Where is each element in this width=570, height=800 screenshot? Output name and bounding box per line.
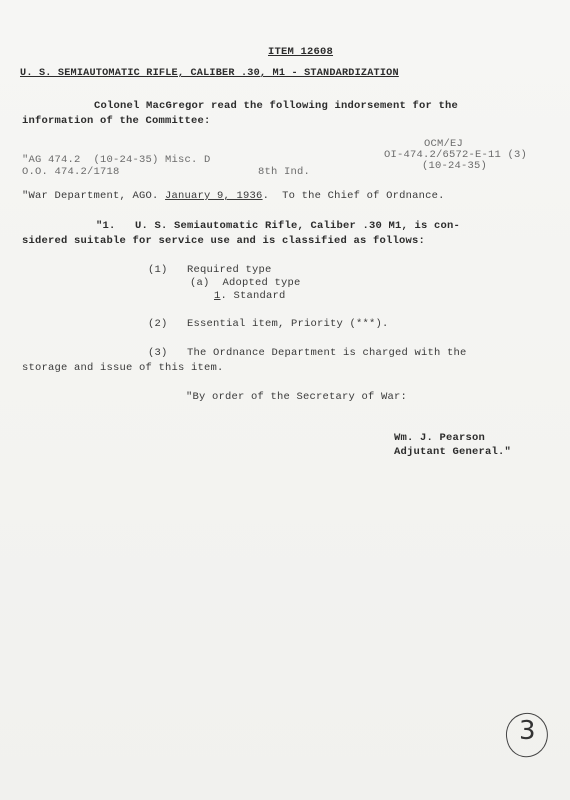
para3-line-1: (3) The Ordnance Department is charged w… [148, 347, 467, 359]
page-number: 3 [519, 716, 536, 746]
subject-heading: U. S. SEMIAUTOMATIC RIFLE, CALIBER .30, … [20, 68, 399, 79]
class-required-type: (1) Required type [148, 264, 272, 276]
document-page: ITEM 12608 U. S. SEMIAUTOMATIC RIFLE, CA… [0, 0, 570, 800]
class-standard-text: . Standard [221, 290, 286, 302]
ref-date: (10-24-35) [422, 160, 487, 172]
header-suffix: . To the Chief of Ordnance. [263, 190, 445, 202]
intro-line-2: information of the Committee: [22, 115, 211, 127]
para1-line-2: sidered suitable for service use and is … [22, 235, 425, 247]
class-standard: 1. Standard [214, 290, 286, 302]
ref-indorsement: 8th Ind. [258, 166, 310, 178]
class-essential-item: (2) Essential item, Priority (***). [148, 318, 389, 330]
header-date: January 9, 1936 [165, 190, 263, 202]
closing-line: "By order of the Secretary of War: [186, 391, 407, 403]
intro-line-1: Colonel MacGregor read the following ind… [94, 100, 458, 112]
item-number: ITEM 12608 [268, 46, 333, 58]
class-adopted-type: (a) Adopted type [190, 277, 301, 289]
ref-ag-file: "AG 474.2 (10-24-35) Misc. D [22, 154, 211, 166]
signature-name: Wm. J. Pearson [394, 432, 485, 444]
signature-title: Adjutant General." [394, 446, 511, 458]
para3-line-2: storage and issue of this item. [22, 362, 224, 374]
header-prefix: "War Department, AGO. [22, 190, 159, 202]
para1-line-1: "1. U. S. Semiautomatic Rifle, Caliber .… [96, 220, 460, 232]
ref-oo-file: O.O. 474.2/1718 [22, 166, 120, 178]
header-line: "War Department, AGO. January 9, 1936. T… [22, 190, 445, 202]
